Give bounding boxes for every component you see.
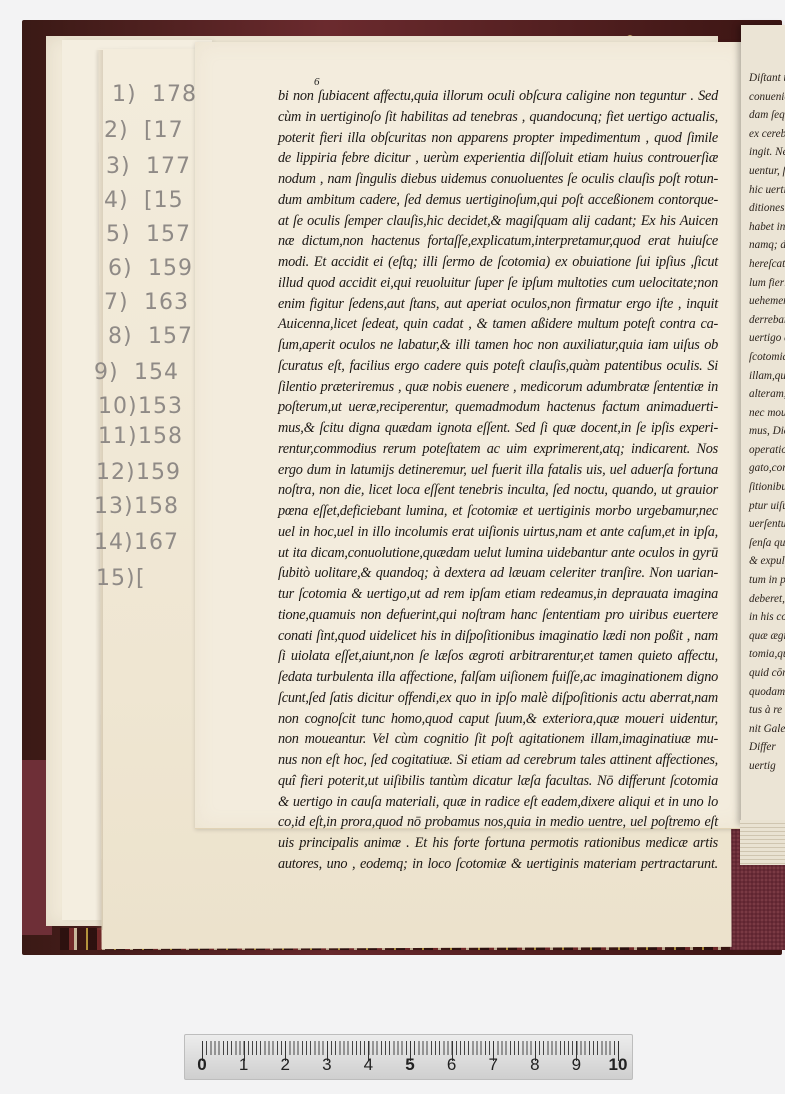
- index-entry-number: 5): [106, 222, 146, 247]
- index-entry-value: [15: [144, 188, 184, 213]
- facing-text-line: tomia,quod: [741, 645, 785, 664]
- text-line: non cognoſcit tunc homo,quod caput ſuum,…: [278, 709, 718, 730]
- text-line: ſilentio præteriremus , quæ nobis euener…: [278, 377, 718, 398]
- index-entry-number: 6): [108, 256, 148, 281]
- index-entry: 13)158: [94, 494, 179, 519]
- facing-text-line: mus, Dicig: [741, 422, 785, 441]
- facing-text-line: uerſentur uer: [741, 515, 785, 534]
- text-line: non moueantur. Vel cùm cognitio ſit poſt…: [278, 729, 718, 750]
- facing-text-line: dam ſequi diſpo: [741, 106, 785, 125]
- facing-text-line: hic uertigini: [741, 181, 785, 200]
- facing-text-line: Diſtant tamen: [741, 69, 785, 88]
- text-line: dum ambitum cadere, ſed demus uertiginoſ…: [278, 190, 718, 211]
- facing-page-edge: Diſtant tamenconuenientia adam ſequi diſ…: [741, 25, 785, 825]
- text-line: & uertigo in cauſa materiali, quæ in rad…: [278, 792, 718, 813]
- index-entry: 15)[: [96, 566, 146, 591]
- facing-text-line: ditiones inuen: [741, 199, 785, 218]
- facing-text-line: lum fieri inſ: [741, 274, 785, 293]
- facing-text-line: ex cerebri debi: [741, 125, 785, 144]
- facing-text-line: conuenientia a: [741, 88, 785, 107]
- index-entry-value: [17: [144, 118, 184, 143]
- facing-text-line: derrebamus he: [741, 311, 785, 330]
- text-line: Auicenna,licet ſedeat, quin cadat , & ta…: [278, 314, 718, 335]
- index-entry: 14)167: [94, 530, 179, 555]
- fold-shadow: [95, 50, 103, 930]
- index-entry-value: 159: [136, 460, 181, 485]
- facing-text-line: & expulſiua: [741, 552, 785, 571]
- facing-text-line: habet initium,: [741, 218, 785, 237]
- ruler-label: 8: [530, 1055, 539, 1075]
- facing-text-line: ſitionibus,cu: [741, 478, 785, 497]
- facing-text-line: ptur uiſus,: [741, 497, 785, 516]
- index-entry: 9)154: [94, 360, 179, 385]
- facing-text-line: operationes: [741, 441, 785, 460]
- index-entry: 12)159: [96, 460, 181, 485]
- index-entry-number: 11): [98, 424, 138, 449]
- text-line: nodum , nam ſingulis diebus uidemus conu…: [278, 169, 718, 190]
- index-entry-value: 158: [138, 424, 183, 449]
- text-line: ſum,aperit oculos ne labatur,& illi tame…: [278, 335, 718, 356]
- index-entry: 6)159: [108, 256, 193, 281]
- facing-text-line: nit Gale: [741, 720, 785, 739]
- text-line: pœna eſſet,deficiebant lumina, et ſcotom…: [278, 501, 718, 522]
- text-line: poſterum,ut ueræ,reciperentur, quemadmod…: [278, 397, 718, 418]
- facing-text-line: nec moueri: [741, 404, 785, 423]
- facing-text-line: in his corpo: [741, 608, 785, 627]
- index-entry: 7)163: [104, 290, 189, 315]
- ruler-label: 2: [280, 1055, 289, 1075]
- ruler-label: 10: [609, 1055, 628, 1075]
- text-line: rentur,commodius rerum poteſtatem ac uim…: [278, 439, 718, 460]
- facing-text-line: uehementer ta: [741, 292, 785, 311]
- ruler-label: 3: [322, 1055, 331, 1075]
- ruler-label: 0: [197, 1055, 206, 1075]
- text-line: ſi uiolata eſſet,aiunt,non ſe læſos ægro…: [278, 646, 718, 667]
- ruler-label: 7: [488, 1055, 497, 1075]
- index-entry-number: 10): [98, 394, 138, 419]
- page-body-text: bi non ſubiacent affectu,quia illorum oc…: [278, 86, 718, 875]
- text-line: ſedata turbulenta illa affectione, falſa…: [278, 667, 718, 688]
- facing-text-line: quid cōmu: [741, 664, 785, 683]
- text-line: quî fieri poterit,ut uiſibilis tantùm di…: [278, 771, 718, 792]
- text-line: co,id eſt,in prora,quod nō probamus nos,…: [278, 812, 718, 833]
- text-line: ſcuratus eſt, facilius ergo cadere quis …: [278, 356, 718, 377]
- index-entry: 5)157: [106, 222, 191, 247]
- facing-text-line: uertig: [741, 757, 785, 776]
- index-entry-number: 2): [104, 118, 144, 143]
- text-line: uel in hoc,uel in illo incolumis erat ui…: [278, 522, 718, 543]
- text-line: ſubitò uolitare,& quandoq; à dextera ad …: [278, 563, 718, 584]
- index-entry: 3)177: [106, 154, 191, 179]
- index-entry-number: 8): [108, 324, 148, 349]
- text-line: conati ſint,quod uidelicet his in diſpoſ…: [278, 626, 718, 647]
- index-entry-number: 9): [94, 360, 134, 385]
- text-line: enim figitur ſedens,aut ſtans, aut aperi…: [278, 294, 718, 315]
- index-entry-number: 1): [112, 82, 152, 107]
- text-line: tione,quamuis non defuerint,qui noſtram …: [278, 605, 718, 626]
- facing-text-line: tum in partib: [741, 571, 785, 590]
- facing-text-line: gato,corpus: [741, 459, 785, 478]
- ruler-label: 9: [572, 1055, 581, 1075]
- text-line: uis principalis animæ . Et his forte for…: [278, 833, 718, 854]
- text-line: ergo dum in latumijs detineremur, uel fu…: [278, 460, 718, 481]
- index-entry-number: 7): [104, 290, 144, 315]
- index-entry-value: 177: [146, 154, 191, 179]
- page-stack-edge: [740, 820, 785, 865]
- ruler-label: 4: [364, 1055, 373, 1075]
- index-entry-value: 158: [134, 494, 179, 519]
- ruler-label: 1: [239, 1055, 248, 1075]
- index-entry-value: 157: [146, 222, 191, 247]
- text-line: ſcunt,ſed ſatis dicitur offendi,ex quo i…: [278, 688, 718, 709]
- text-line: illud quod accidit ei,qui reuoluitur ſup…: [278, 273, 718, 294]
- text-line: næ dictum,non hactenus fortaſſe,explicat…: [278, 231, 718, 252]
- index-entry: 11)158: [98, 424, 183, 449]
- facing-text-line: hereſcat rem,: [741, 255, 785, 274]
- text-line: cùm in uertiginoſo ſit habilitas ad tene…: [278, 107, 718, 128]
- facing-text-line: uertigo durat: [741, 329, 785, 348]
- index-entry-number: 4): [104, 188, 144, 213]
- index-entry-value: 178: [152, 82, 197, 107]
- facing-text-line: namq; debili: [741, 236, 785, 255]
- index-entry-value: 157: [148, 324, 193, 349]
- text-line: bi non ſubiacent affectu,quia illorum oc…: [278, 86, 718, 107]
- text-line: autores, uno , eodemq; in loco ſcotomiæ …: [278, 854, 718, 875]
- facing-text-line: quæ ægrotis: [741, 627, 785, 646]
- index-entry-value: [: [136, 566, 146, 591]
- facing-text-line: quodammo: [741, 683, 785, 702]
- text-line: at ſe oculis ſemper clauſis,hic decidet,…: [278, 211, 718, 232]
- facing-text-line: alteram,&: [741, 385, 785, 404]
- text-line: ut ita dicam,conuolutione,quædam uelut l…: [278, 543, 718, 564]
- text-line: mus,& ſcitu digna quædam ignota eſſent. …: [278, 418, 718, 439]
- index-entry-value: 153: [138, 394, 183, 419]
- facing-text-line: tus à re: [741, 701, 785, 720]
- facing-text-line: illam,qua omn: [741, 367, 785, 386]
- ruler-label: 5: [405, 1055, 414, 1075]
- ruler-label: 6: [447, 1055, 456, 1075]
- index-entry-number: 3): [106, 154, 146, 179]
- index-entry: 1)178: [112, 82, 197, 107]
- facing-text-line: ſcotomia. Sc: [741, 348, 785, 367]
- facing-text-line: ingit. Neceſſ: [741, 143, 785, 162]
- facing-text-line: Differ: [741, 738, 785, 757]
- text-line: poterit fieri illa obſcuritas non appare…: [278, 128, 718, 149]
- text-line: modi. Et accidit ei (eſtq; illi ſermo de…: [278, 252, 718, 273]
- text-line: noſtra, non die, licet loca eſſent teneb…: [278, 480, 718, 501]
- index-entry-value: 167: [134, 530, 179, 555]
- facing-text-line: deberet,& c: [741, 590, 785, 609]
- text-line: tur ſcotomia & uertigo,ut ad rem ipſam e…: [278, 584, 718, 605]
- index-entry: 10)153: [98, 394, 183, 419]
- scale-ruler: 012345678910: [184, 1034, 633, 1080]
- text-line: de lippiria febre dicitur , uerùm experi…: [278, 148, 718, 169]
- index-entry: 8)157: [108, 324, 193, 349]
- index-entry-value: 163: [144, 290, 189, 315]
- index-entry-value: 159: [148, 256, 193, 281]
- index-entry: 4)[15: [104, 188, 184, 213]
- text-line: nus non eſt hoc, ſed cogitatiuæ. Si etia…: [278, 750, 718, 771]
- index-entry-number: 12): [96, 460, 136, 485]
- index-entry-number: 13): [94, 494, 134, 519]
- index-entry-number: 14): [94, 530, 134, 555]
- index-entry-number: 15): [96, 566, 136, 591]
- facing-text-line: ſenſa quàm u: [741, 534, 785, 553]
- index-entry-value: 154: [134, 360, 179, 385]
- index-entry: 2)[17: [104, 118, 184, 143]
- facing-text-line: uentur, ſed fi: [741, 162, 785, 181]
